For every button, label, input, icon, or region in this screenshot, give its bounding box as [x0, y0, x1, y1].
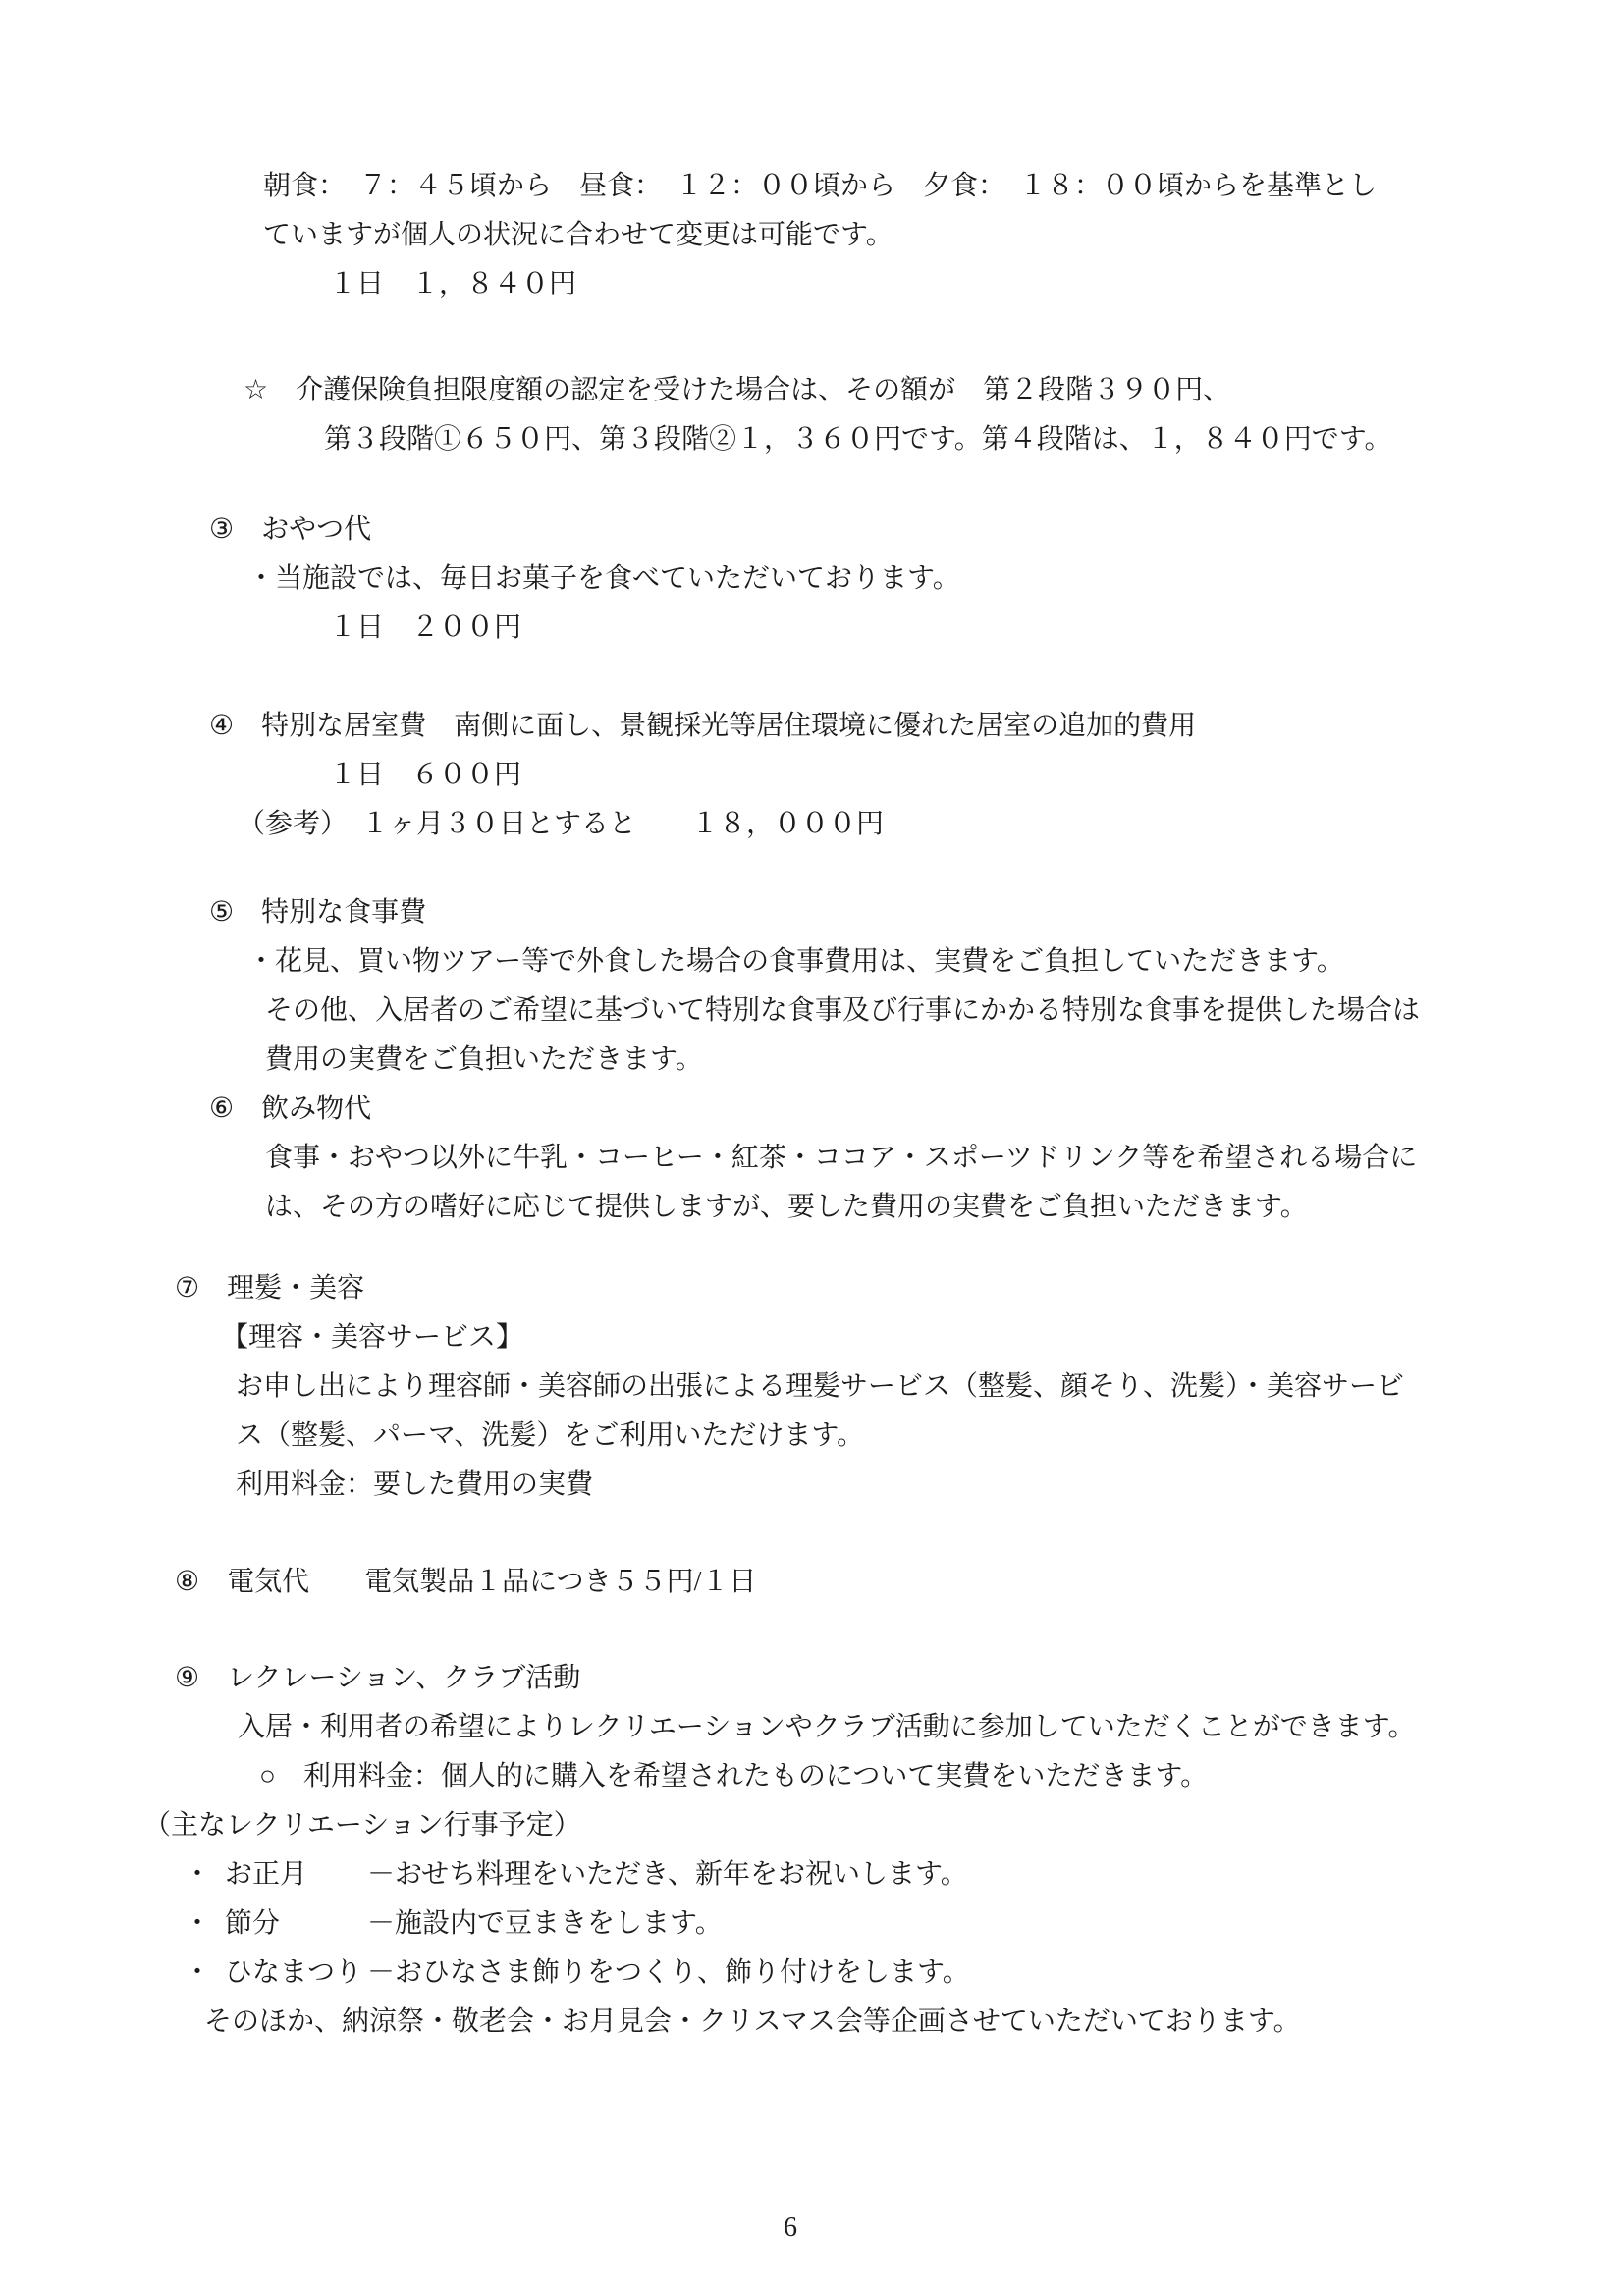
item4-title: 特別な居室費 南側に面し、景観採光等居住環境に優れた居室の追加的費用	[261, 711, 1196, 741]
item5-bullet: ・花見、買い物ツアー等で外食した場合の食事費用は、実費をご負担していただきます。	[247, 937, 1624, 987]
item9-schedule-heading: （主なレクリエーション行事予定）	[143, 1801, 1624, 1850]
item3-title: おやつ代	[261, 514, 371, 545]
item9-closing: そのほか、納涼祭・敬老会・お月見会・クリスマス会等企画させていただいております。	[204, 1998, 1624, 2047]
meal-times-line-2: ていますが個人の状況に合わせて変更は可能です。	[263, 211, 1624, 260]
bullet-icon: ・	[184, 1850, 225, 1899]
event-name: ひなまつり	[225, 1949, 367, 1998]
item4-heading: ④特別な居室費 南側に面し、景観採光等居住環境に優れた居室の追加的費用	[209, 702, 1624, 751]
item7-title: 理髪・美容	[227, 1273, 364, 1304]
item3-price: １日 ２００円	[329, 604, 1624, 653]
item3-marker: ③	[209, 506, 234, 555]
item4-marker: ④	[209, 702, 234, 751]
item8-title: 電気代	[227, 1558, 309, 1607]
insurance-note-line-1: ☆介護保険負担限度額の認定を受けた場合は、その額が 第２段階３９０円、	[244, 366, 1624, 415]
item4-price: １日 ６００円	[329, 751, 1624, 800]
item3-bullet: ・当施設では、毎日お菓子を食べていただいております。	[247, 555, 1624, 604]
event-row-hinamatsuri: ・ひなまつり－おひなさま飾りをつくり、飾り付けをします。	[184, 1949, 1624, 1998]
item7-line-1: お申し出により理容師・美容師の出張による理髪サービス（整髪、顔そり、洗髪）・美容…	[236, 1362, 1624, 1412]
page-number: 6	[0, 2204, 1624, 2253]
item5-line-2: その他、入居者のご希望に基づいて特別な食事及び行事にかかる特別な食事を提供した場…	[265, 987, 1624, 1036]
item7-heading: ⑦理髪・美容	[175, 1264, 1624, 1313]
item8-marker: ⑧	[175, 1558, 199, 1607]
item5-title: 特別な食事費	[261, 897, 426, 928]
meal-times-line-1: 朝食： ７：４５頃から 昼食： １２：００頃から 夕食： １８：００頃からを基準…	[263, 162, 1624, 211]
item6-title: 飲み物代	[261, 1094, 371, 1124]
item5-marker: ⑤	[209, 888, 234, 937]
star-icon: ☆	[244, 366, 268, 415]
item9-heading: ⑨レクレーション、クラブ活動	[175, 1654, 1624, 1703]
document-page: 朝食： ７：４５頃から 昼食： １２：００頃から 夕食： １８：００頃からを基準…	[0, 0, 1624, 2296]
item7-marker: ⑦	[175, 1264, 199, 1313]
item6-line-1: 食事・おやつ以外に牛乳・コーヒー・紅茶・ココア・スポーツドリンク等を希望される場…	[265, 1134, 1624, 1183]
item7-line-2: ス（整髪、パーマ、洗髪）をご利用いただけます。	[236, 1412, 1624, 1461]
item9-fee-text: 利用料金：個人的に購入を希望されたものについて実費をいただきます。	[303, 1761, 1208, 1791]
event-row-setsubun: ・節分－施設内で豆まきをします。	[184, 1899, 1624, 1949]
bullet-icon: ・	[184, 1899, 225, 1949]
item5-line-3: 費用の実費をご負担いただきます。	[265, 1036, 1624, 1085]
item5-heading: ⑤特別な食事費	[209, 888, 1624, 937]
item8-heading: ⑧電気代電気製品１品につき５５円/１日	[175, 1558, 1624, 1607]
item6-marker: ⑥	[209, 1085, 234, 1134]
item9-title: レクレーション、クラブ活動	[227, 1663, 580, 1693]
insurance-note-line-2: 第３段階①６５０円、第３段階②１，３６０円です。第４段階は、１，８４０円です。	[324, 415, 1624, 464]
event-name: 節分	[225, 1899, 367, 1949]
bullet-icon: ・	[184, 1949, 225, 1998]
item9-line-1: 入居・利用者の希望によりレクリエーションやクラブ活動に参加していただくことができ…	[238, 1703, 1624, 1752]
meal-times-price: １日 １，８４０円	[329, 260, 1624, 309]
item8-detail: 電気製品１品につき５５円/１日	[364, 1567, 756, 1597]
event-name: お正月	[225, 1850, 367, 1899]
circle-marker-icon: ○	[259, 1752, 276, 1801]
item9-marker: ⑨	[175, 1654, 199, 1703]
item3-heading: ③おやつ代	[209, 506, 1624, 555]
event-description: －おひなさま飾りをつくり、飾り付けをします。	[367, 1957, 970, 1988]
item7-line-3: 利用料金：要した費用の実費	[236, 1461, 1624, 1510]
insurance-note-text-1: 介護保険負担限度額の認定を受けた場合は、その額が 第２段階３９０円、	[296, 375, 1230, 405]
event-row-new-year: ・お正月－おせち料理をいただき、新年をお祝いします。	[184, 1850, 1624, 1899]
item9-fee-line: ○利用料金：個人的に購入を希望されたものについて実費をいただきます。	[259, 1752, 1624, 1801]
event-description: －おせち料理をいただき、新年をお祝いします。	[367, 1859, 968, 1890]
item6-heading: ⑥飲み物代	[209, 1085, 1624, 1134]
item6-line-2: は、その方の嗜好に応じて提供しますが、要した費用の実費をご負担いただきます。	[265, 1183, 1624, 1232]
item7-subheading: 【理容・美容サービス】	[221, 1313, 1624, 1362]
item4-reference: （参考） １ヶ月３０日とすると １８，０００円	[238, 800, 1624, 849]
event-description: －施設内で豆まきをします。	[367, 1908, 723, 1939]
